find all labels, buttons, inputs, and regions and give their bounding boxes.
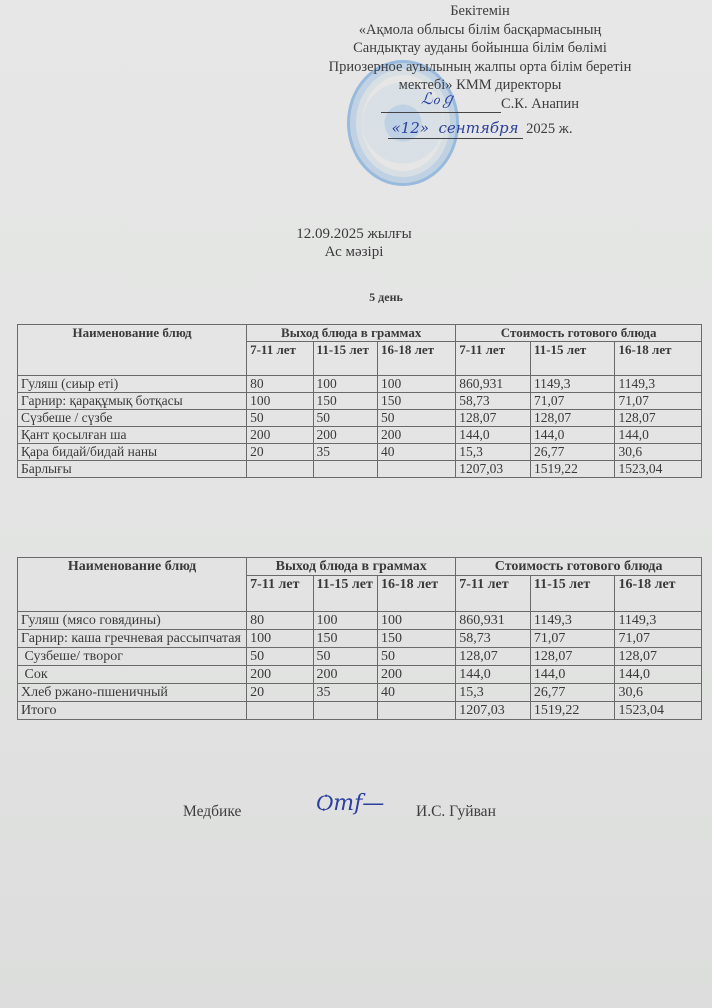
table-row: Гарнир: каша гречневая рассыпчатая100150… — [18, 630, 702, 648]
nurse-role: Медбике — [183, 803, 241, 821]
portion-grams: 50 — [247, 648, 313, 666]
dish-cost: 144,0 — [615, 427, 702, 444]
portion-grams: 100 — [247, 393, 313, 410]
portion-grams: 200 — [313, 427, 377, 444]
dish-cost: 1519,22 — [530, 702, 615, 720]
portion-grams: 20 — [247, 444, 313, 461]
table-row: Гуляш (сиыр еті)80100100860,9311149,3114… — [18, 376, 702, 393]
dish-cost: 15,3 — [456, 684, 531, 702]
portion-grams — [247, 702, 313, 720]
dish-name: Гарнир: қарақұмық ботқасы — [18, 393, 247, 410]
dish-cost: 860,931 — [456, 376, 531, 393]
portion-grams: 80 — [247, 376, 313, 393]
portion-grams: 150 — [313, 393, 377, 410]
portion-grams: 20 — [247, 684, 313, 702]
dish-cost: 71,07 — [615, 393, 702, 410]
dish-name: Гуляш (сиыр еті) — [18, 376, 247, 393]
portion-grams: 100 — [313, 376, 377, 393]
menu-table-russian: Наименование блюд Выход блюда в граммах … — [17, 557, 702, 720]
header-age: 7-11 лет — [247, 576, 313, 612]
portion-grams: 150 — [378, 393, 456, 410]
dish-cost: 71,07 — [530, 393, 615, 410]
approval-line: мектебі» КММ директоры — [290, 76, 670, 95]
dish-name: Сок — [18, 666, 247, 684]
portion-grams: 100 — [313, 612, 377, 630]
table-row: Сүзбеше / сүзбе505050128,07128,07128,07 — [18, 410, 702, 427]
dish-cost: 58,73 — [456, 630, 531, 648]
dish-cost: 1519,22 — [530, 461, 615, 478]
dish-name: Сузбеше/ творог — [18, 648, 247, 666]
dish-cost: 1149,3 — [615, 612, 702, 630]
header-name: Наименование блюд — [18, 558, 247, 612]
dish-name: Хлеб ржано-пшеничный — [18, 684, 247, 702]
table-row: Қара бидай/бидай наны20354015,326,7730,6 — [18, 444, 702, 461]
table-row: Хлеб ржано-пшеничный20354015,326,7730,6 — [18, 684, 702, 702]
portion-grams: 35 — [313, 444, 377, 461]
header-age: 7-11 лет — [247, 342, 313, 376]
header-age: 16-18 лет — [615, 576, 702, 612]
dish-cost: 128,07 — [615, 410, 702, 427]
dish-name: Гарнир: каша гречневая рассыпчатая — [18, 630, 247, 648]
director-name: С.К. Анапин — [501, 96, 579, 112]
portion-grams: 35 — [313, 684, 377, 702]
dish-name: Қант қосылған ша — [18, 427, 247, 444]
header-age: 11-15 лет — [313, 576, 377, 612]
dish-cost: 860,931 — [456, 612, 531, 630]
portion-grams: 100 — [378, 376, 456, 393]
date-year: 2025 ж. — [526, 121, 572, 137]
approval-date: «12» сентября 2025 ж. — [290, 119, 670, 139]
header-output: Выход блюда в граммах — [247, 558, 456, 576]
table-row: Қант қосылған ша200200200144,0144,0144,0 — [18, 427, 702, 444]
dish-cost: 128,07 — [456, 410, 531, 427]
nurse-signature: Ѻmf— — [316, 790, 384, 816]
portion-grams: 200 — [247, 427, 313, 444]
dish-cost: 71,07 — [530, 630, 615, 648]
table-row: Барлығы1207,031519,221523,04 — [18, 461, 702, 478]
director-signature-line: ℒℴℊС.К. Анапин — [290, 95, 670, 114]
dish-cost: 58,73 — [456, 393, 531, 410]
portion-grams — [313, 702, 377, 720]
portion-grams — [378, 461, 456, 478]
portion-grams: 50 — [378, 410, 456, 427]
dish-cost: 144,0 — [530, 427, 615, 444]
table-row: Сузбеше/ творог505050128,07128,07128,07 — [18, 648, 702, 666]
dish-cost: 1207,03 — [456, 461, 531, 478]
approval-block: Бекітемін «Ақмола облысы білім басқармас… — [290, 2, 670, 139]
portion-grams: 150 — [378, 630, 456, 648]
approval-title: Бекітемін — [290, 2, 670, 21]
portion-grams — [247, 461, 313, 478]
dish-cost: 144,0 — [456, 666, 531, 684]
header-age: 11-15 лет — [530, 576, 615, 612]
dish-name: Гуляш (мясо говядины) — [18, 612, 247, 630]
table-row: Гарнир: қарақұмық ботқасы10015015058,737… — [18, 393, 702, 410]
dish-name: Қара бидай/бидай наны — [18, 444, 247, 461]
approval-line: Приозерное ауылының жалпы орта білім бер… — [290, 58, 670, 77]
date-day-month: «12» сентября — [388, 119, 523, 139]
portion-grams: 40 — [378, 444, 456, 461]
header-age: 16-18 лет — [378, 576, 456, 612]
table-row: Итого1207,031519,221523,04 — [18, 702, 702, 720]
header-output: Выход блюда в граммах — [247, 325, 456, 342]
dish-name: Итого — [18, 702, 247, 720]
dish-cost: 144,0 — [530, 666, 615, 684]
nurse-name: И.С. Гуйван — [416, 803, 496, 821]
dish-cost: 1207,03 — [456, 702, 531, 720]
header-age: 7-11 лет — [456, 576, 531, 612]
portion-grams: 200 — [247, 666, 313, 684]
header-name: Наименование блюд — [18, 325, 247, 376]
dish-cost: 26,77 — [530, 684, 615, 702]
header-age: 7-11 лет — [456, 342, 531, 376]
table-row: Сок200200200144,0144,0144,0 — [18, 666, 702, 684]
header-cost: Стоимость готового блюда — [456, 558, 702, 576]
portion-grams: 150 — [313, 630, 377, 648]
menu-day: 5 день — [30, 290, 712, 305]
dish-cost: 128,07 — [530, 410, 615, 427]
dish-name: Барлығы — [18, 461, 247, 478]
table-row: Гуляш (мясо говядины)80100100860,9311149… — [18, 612, 702, 630]
portion-grams — [378, 702, 456, 720]
portion-grams: 200 — [313, 666, 377, 684]
portion-grams: 40 — [378, 684, 456, 702]
dish-cost: 1149,3 — [530, 612, 615, 630]
dish-cost: 128,07 — [530, 648, 615, 666]
dish-cost: 144,0 — [456, 427, 531, 444]
dish-cost: 128,07 — [456, 648, 531, 666]
dish-cost: 1523,04 — [615, 461, 702, 478]
dish-cost: 1523,04 — [615, 702, 702, 720]
portion-grams: 50 — [247, 410, 313, 427]
header-age: 11-15 лет — [313, 342, 377, 376]
menu-date: 12.09.2025 жылғы — [0, 226, 710, 243]
header-age: 16-18 лет — [615, 342, 702, 376]
dish-cost: 30,6 — [615, 684, 702, 702]
portion-grams: 100 — [247, 630, 313, 648]
director-signature: ℒℴℊ — [381, 98, 501, 113]
portion-grams: 200 — [378, 666, 456, 684]
portion-grams: 50 — [378, 648, 456, 666]
dish-cost: 26,77 — [530, 444, 615, 461]
approval-line: «Ақмола облысы білім басқармасының — [290, 21, 670, 40]
header-age: 11-15 лет — [530, 342, 615, 376]
menu-table-kazakh: Наименование блюд Выход блюда в граммах … — [17, 324, 702, 478]
portion-grams: 100 — [378, 612, 456, 630]
portion-grams: 80 — [247, 612, 313, 630]
portion-grams: 50 — [313, 410, 377, 427]
dish-cost: 128,07 — [615, 648, 702, 666]
dish-name: Сүзбеше / сүзбе — [18, 410, 247, 427]
dish-cost: 15,3 — [456, 444, 531, 461]
dish-cost: 1149,3 — [530, 376, 615, 393]
approval-line: Сандықтау ауданы бойынша білім бөлімі — [290, 39, 670, 58]
dish-cost: 1149,3 — [615, 376, 702, 393]
header-cost: Стоимость готового блюда — [456, 325, 702, 342]
portion-grams: 50 — [313, 648, 377, 666]
portion-grams — [313, 461, 377, 478]
header-age: 16-18 лет — [378, 342, 456, 376]
dish-cost: 30,6 — [615, 444, 702, 461]
dish-cost: 71,07 — [615, 630, 702, 648]
portion-grams: 200 — [378, 427, 456, 444]
menu-title: Ас мәзірі — [0, 244, 710, 261]
dish-cost: 144,0 — [615, 666, 702, 684]
